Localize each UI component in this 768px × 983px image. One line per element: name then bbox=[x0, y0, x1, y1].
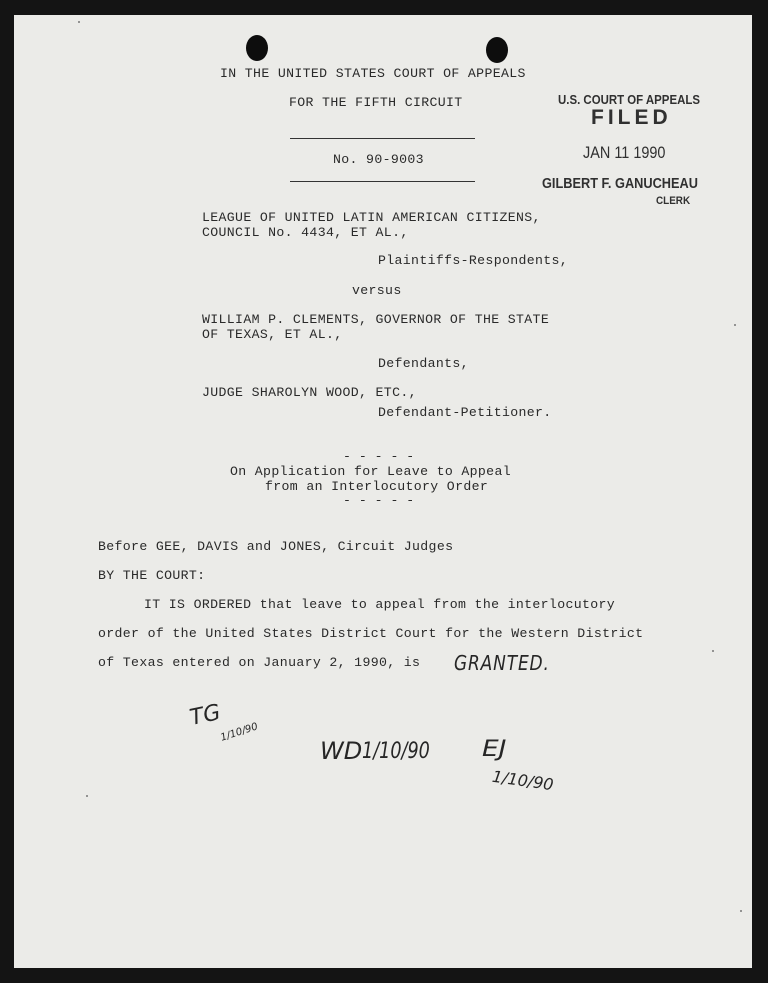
separator-top: - - - - - bbox=[343, 449, 414, 464]
by-the-court: BY THE COURT: bbox=[98, 568, 205, 583]
divider-bottom bbox=[290, 181, 475, 182]
divider-top bbox=[290, 138, 475, 139]
order-line-2: order of the United States District Cour… bbox=[98, 626, 643, 641]
order-line-1: IT IS ORDERED that leave to appeal from … bbox=[144, 597, 615, 612]
caption-line-1: On Application for Leave to Appeal bbox=[230, 464, 511, 479]
plaintiff-role: Plaintiffs-Respondents, bbox=[378, 253, 568, 268]
signature-initials-1: TG bbox=[188, 700, 223, 731]
scan-speck bbox=[740, 910, 742, 912]
stamp-court: U.S. COURT OF APPEALS bbox=[558, 92, 700, 107]
petitioner-line: JUDGE SHAROLYN WOOD, ETC., bbox=[202, 385, 417, 400]
signature-date-2: 1/10/90 bbox=[362, 739, 430, 764]
signature-date-1: 1/10/90 bbox=[219, 721, 259, 743]
handwritten-granted: GRANTED. bbox=[454, 651, 550, 675]
scan-speck bbox=[712, 650, 714, 652]
scan-speck bbox=[78, 21, 80, 23]
order-line-3: of Texas entered on January 2, 1990, is bbox=[98, 655, 420, 670]
punch-hole-right bbox=[486, 37, 508, 63]
document-page: IN THE UNITED STATES COURT OF APPEALS FO… bbox=[14, 15, 752, 968]
panel-line: Before GEE, DAVIS and JONES, Circuit Jud… bbox=[98, 539, 453, 554]
stamp-clerk-name: GILBERT F. GANUCHEAU bbox=[542, 176, 698, 192]
scan-speck bbox=[734, 324, 736, 326]
signature-initials-2: WD bbox=[320, 737, 362, 765]
defendant-line-2: OF TEXAS, ET AL., bbox=[202, 327, 342, 342]
plaintiff-line-1: LEAGUE OF UNITED LATIN AMERICAN CITIZENS… bbox=[202, 210, 541, 225]
defendant-line-1: WILLIAM P. CLEMENTS, GOVERNOR OF THE STA… bbox=[202, 312, 549, 327]
petitioner-role: Defendant-Petitioner. bbox=[378, 405, 552, 420]
defendant-role: Defendants, bbox=[378, 356, 469, 371]
circuit-heading: FOR THE FIFTH CIRCUIT bbox=[289, 95, 463, 110]
stamp-clerk-title: CLERK bbox=[656, 195, 690, 207]
signature-initials-3: EJ bbox=[482, 737, 506, 762]
punch-hole-left bbox=[246, 35, 268, 61]
plaintiff-line-2: COUNCIL No. 4434, ET AL., bbox=[202, 225, 409, 240]
stamp-filed: FILED bbox=[591, 106, 672, 130]
stamp-date: JAN 11 1990 bbox=[583, 143, 665, 163]
scan-speck bbox=[86, 795, 88, 797]
court-heading: IN THE UNITED STATES COURT OF APPEALS bbox=[220, 66, 526, 81]
caption-line-2: from an Interlocutory Order bbox=[265, 479, 488, 494]
separator-bottom: - - - - - bbox=[343, 493, 414, 508]
signature-date-3: 1/10/90 bbox=[491, 767, 555, 794]
case-number: No. 90-9003 bbox=[333, 152, 424, 167]
versus: versus bbox=[352, 283, 402, 298]
